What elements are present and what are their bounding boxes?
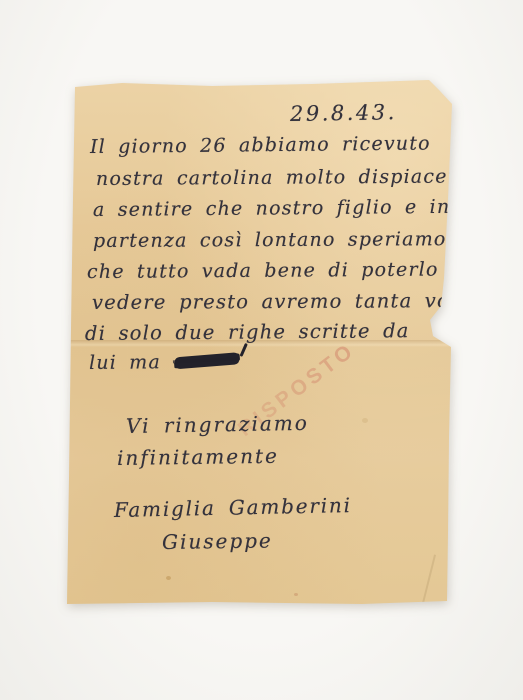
body-line: di solo due righe scritte da [85,319,410,345]
signature-family-name: Famiglia Gamberini [114,493,352,522]
closing-line: infinitamente [117,444,279,470]
body-line: Il giorno 26 abbiamo ricevuto [90,132,431,158]
letter-date: 29.8.43. [290,100,397,126]
body-line: a sentire che nostro figlio e in [93,196,451,221]
body-line-with-redaction: lui ma [89,350,239,374]
letter-paper: RISPOSTO 29.8.43. Il giorno 26 abbiamo r… [62,78,454,606]
paper-sheet: RISPOSTO 29.8.43. Il giorno 26 abbiamo r… [62,78,454,606]
body-line: nostra cartolina molto dispiacente [96,165,483,190]
body-line: vedere presto avremo tanta voglio [92,289,492,314]
paper-stain [166,576,171,580]
corner-crease [422,555,436,604]
signature-given-name: Giuseppe [162,528,273,554]
body-line: partenza così lontano speriamo [93,228,447,252]
letter-photograph: RISPOSTO 29.8.43. Il giorno 26 abbiamo r… [0,0,523,700]
body-line: che tutto vada bene di poterlo [87,259,439,283]
scribbled-out-word [175,352,240,369]
paper-stain [294,593,298,596]
closing-line: Vi ringraziamo [126,411,309,438]
body-line: lui ma [89,351,161,374]
paper-stain [362,418,368,423]
